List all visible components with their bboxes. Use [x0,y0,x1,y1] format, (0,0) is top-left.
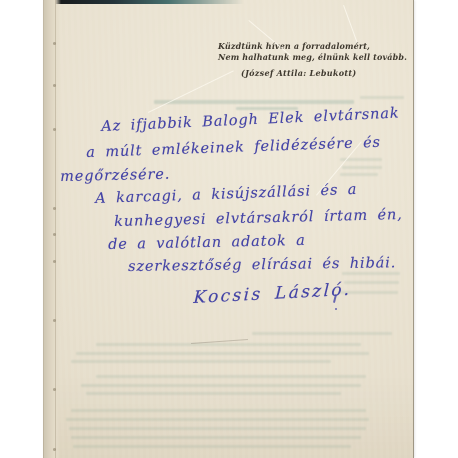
inscription-line-5: kunhegyesi elvtársakról írtam én, [114,207,403,230]
bleedthrough-line [96,343,361,346]
pen-flourish-dot [335,308,337,310]
stitch-dot [53,233,56,236]
bleedthrough-line [86,392,341,395]
stitch-dot [53,319,56,322]
stitch-dot [53,448,56,451]
epigraph-attribution: (József Attila: Lebukott) [241,68,407,79]
stitch-dot [53,84,56,87]
inscription-line-2: a múlt emlékeinek felidézésére és [86,135,381,161]
stitch-dot [53,128,56,131]
signature: Kocsis László. [193,280,352,308]
inscription-line-6: de a valótlan adatok a [108,233,306,253]
stitch-dot [53,42,56,45]
bleedthrough-line [342,166,382,169]
stitch-dot [53,260,56,263]
bleedthrough-line [340,173,378,176]
bleedthrough-line [96,375,366,378]
bleedthrough-line [360,96,404,99]
bleedthrough-line [252,332,392,335]
bleedthrough-line [71,409,366,412]
bleedthrough-line [344,281,399,284]
bleedthrough-line [81,384,361,387]
epigraph-line: Küzdtünk híven a forradalomért, [218,41,407,52]
paper-crease [343,5,358,43]
paper-crease [148,70,234,113]
stitch-dot [53,388,56,391]
bleedthrough-line [342,272,400,275]
bleedthrough-title [154,100,354,104]
inscription-line-4: A karcagi, a kisújszállási és a [95,182,358,207]
epigraph: Küzdtünk híven a forradalomért, Nem halh… [218,41,407,79]
bleedthrough-line [71,360,331,363]
inscription-line-3: megőrzésére. [60,167,170,185]
bleedthrough-line [76,352,369,355]
bleedthrough-line [71,436,361,439]
bleedthrough-line [69,427,366,430]
book-top-edge-shadow [44,0,244,4]
epigraph-line: Nem halhatunk meg, élnünk kell tovább. [218,52,407,63]
bleedthrough-line [73,445,351,448]
bleedthrough-line [66,418,369,421]
stitch-dot [53,207,56,210]
photo-of-book-page: Küzdtünk híven a forradalomért, Nem halh… [0,0,458,458]
book-page: Küzdtünk híven a forradalomért, Nem halh… [43,0,414,458]
